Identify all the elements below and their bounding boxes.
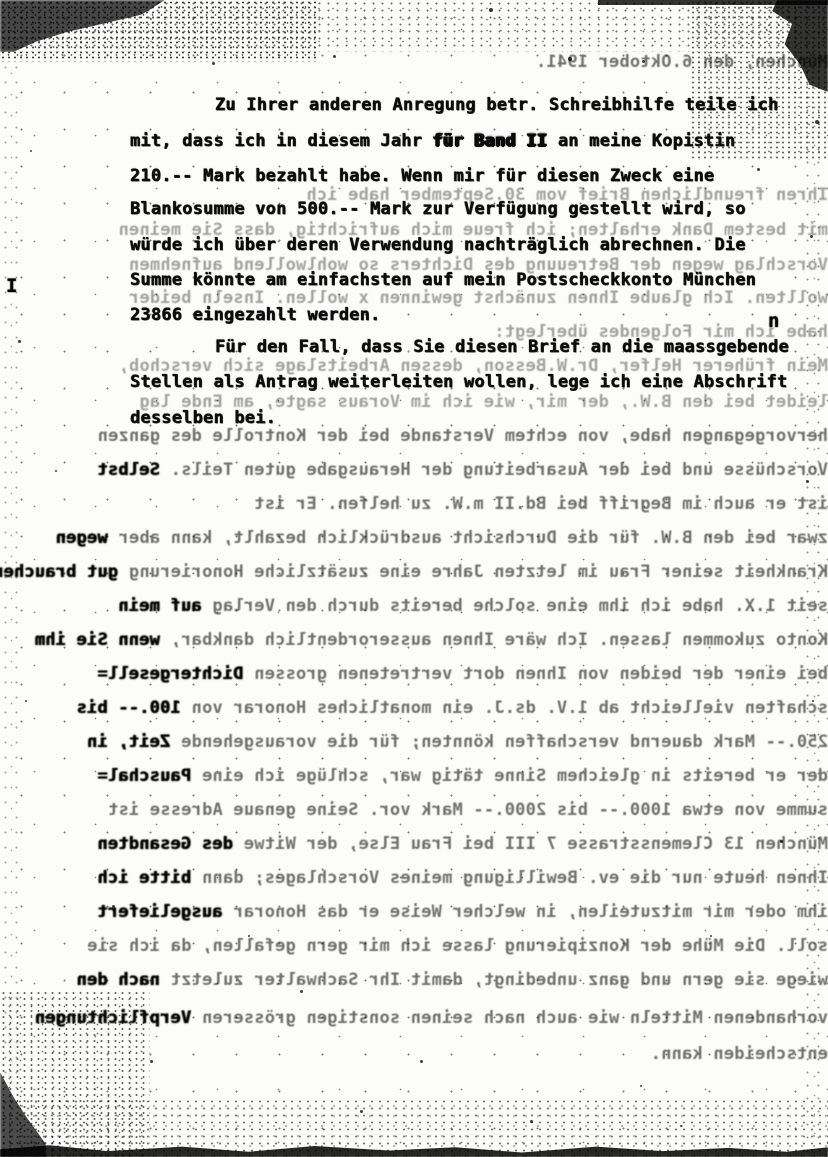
- scan-speck: [530, 1120, 533, 1123]
- scan-speck: [112, 905, 115, 908]
- scan-speck: [333, 55, 336, 58]
- scan-speck: [812, 700, 814, 702]
- bleedthrough-line: seit 1.X. habe ich ihm eine solche berei…: [0, 596, 828, 616]
- scan-speck: [757, 168, 760, 171]
- scan-noise-left-edge: [0, 60, 22, 1120]
- bleedthrough-line: Ihnen heute nur die ev. Bewilligung mein…: [0, 868, 828, 888]
- bleedthrough-line: hervorgegangen habe, von echtem Verstand…: [0, 426, 828, 446]
- stray-ink-character: I: [6, 277, 17, 296]
- typed-line: 23866 eingezahlt werden.: [130, 305, 380, 325]
- typed-line: Zu Ihrer anderen Anregung betr. Schreibh…: [215, 95, 778, 115]
- bleedthrough-line: wollten. Ich glaube Ihnen zunächst gewin…: [0, 288, 828, 308]
- scan-speck: [710, 935, 712, 937]
- scan-speck: [815, 120, 819, 124]
- bleedthrough-line: zwar bei den B.W. für die Durchsicht aus…: [0, 528, 828, 548]
- scan-speck: [568, 57, 572, 61]
- overstruck-text: für Band II: [433, 131, 548, 151]
- bleedthrough-line: summe von etwa 1000.-- bis 2000.-- Mark …: [0, 800, 828, 820]
- scan-speck: [150, 1060, 153, 1063]
- bleedthrough-dark-word: ausgeliefert: [98, 902, 223, 922]
- scan-speck: [25, 700, 27, 702]
- scan-speck: [248, 935, 250, 937]
- bleedthrough-line: leidet bei den B.W., der mir, wie ich im…: [0, 392, 828, 412]
- typed-line: würde ich über deren Verwendung nachträg…: [130, 235, 746, 255]
- scan-blot-top-right: [766, 0, 828, 92]
- bleedthrough-line: bei einer der beiden von Ihnen dort vert…: [0, 664, 828, 684]
- scan-speck: [212, 62, 215, 65]
- bleedthrough-line: schaften vielleicht ab 1.V. ds.J. ein mo…: [0, 698, 828, 718]
- bleedthrough-dark-word: wenn Sie ihm: [35, 630, 160, 650]
- bleedthrough-date-line: München, den 6.Oktober 1941.: [0, 52, 828, 72]
- bleedthrough-line: ist er auch im Begriff bei Bd.II m.W. zu…: [0, 494, 828, 514]
- scan-speck: [360, 1110, 363, 1113]
- scan-speck: [55, 470, 57, 472]
- bleedthrough-dark-word: 100.-- bis: [77, 698, 181, 718]
- bleedthrough-dark-word: Selbst: [98, 460, 161, 480]
- scan-speck: [810, 235, 813, 238]
- bleedthrough-dark-word: wegen: [56, 528, 108, 548]
- bleedthrough-dark-word: des Gesandten: [98, 834, 234, 854]
- scan-speck: [489, 8, 493, 12]
- bleedthrough-line: 250.-- Mark dauernd verschaffen könnten;…: [0, 732, 828, 752]
- scan-speck: [642, 60, 645, 63]
- bleedthrough-line: Vorschüsse und bei der Ausarbeitung der …: [0, 460, 828, 480]
- bleedthrough-line: Konto zukommen lassen. Ich wäre Ihnen au…: [0, 630, 828, 650]
- bleedthrough-dark-word: Pauschal=: [98, 766, 192, 786]
- bleedthrough-line: entscheiden kann.: [0, 1044, 828, 1064]
- bleedthrough-line: der er bereits in gleichem Sinne tätig w…: [0, 766, 828, 786]
- bleedthrough-dark-word: gut brauchen.: [0, 562, 118, 582]
- typed-line: 210.-- Mark bezahlt habe. Wenn mir für d…: [130, 166, 714, 186]
- scan-speck: [30, 150, 32, 152]
- scan-edge-line-bottom: [0, 1144, 828, 1157]
- typed-line: desselben bei.: [130, 408, 276, 428]
- bleedthrough-dark-word: Verpflichtungen: [35, 1008, 192, 1028]
- bleedthrough-line: soll. Die Mühe der Konzipierung lasse ic…: [0, 936, 828, 956]
- scan-speck: [680, 1125, 682, 1127]
- bleedthrough-dark-word: bitte ich: [98, 868, 192, 888]
- bleedthrough-line: Krankheit seiner Frau im letzten Jahre e…: [0, 562, 828, 582]
- scan-speck: [420, 1060, 423, 1063]
- typed-line: Stellen als Antrag weiterleiten wollen, …: [130, 372, 787, 392]
- scan-blot-bottom-left: [0, 1072, 46, 1157]
- scan-noise-bottom-band: [0, 1098, 828, 1157]
- typed-line: mit, dass ich in diesem Jahr für Band II…: [130, 131, 735, 151]
- typed-line: Summe könnte am einfachsten auf mein Pos…: [130, 270, 756, 290]
- scan-speck: [300, 990, 303, 993]
- bleedthrough-dark-word: nach den: [77, 970, 160, 990]
- scan-speck: [18, 340, 21, 343]
- letter-scan-page: München, den 6.Oktober 1941.Ihren freund…: [0, 0, 828, 1157]
- scan-blot-top-left: [0, 0, 165, 52]
- bleedthrough-line: ihm oder mir mitzuteilen, in welcher Wei…: [0, 902, 828, 922]
- scan-speck: [780, 840, 783, 843]
- bleedthrough-line: München 13 Clemensstrasse 7 III bei Frau…: [0, 834, 828, 854]
- scan-speck: [640, 1085, 642, 1087]
- bleedthrough-line: wiege sie gern und ganz unbedingt, damit…: [0, 970, 828, 990]
- typed-line: Blankosumme von 500.-- Mark zur Verfügun…: [130, 199, 746, 219]
- bleedthrough-dark-word: auf mein: [118, 596, 201, 616]
- typed-line: Für den Fall, dass Sie diesen Brief an d…: [215, 337, 789, 357]
- stray-ink-character: n: [768, 312, 779, 331]
- bleedthrough-dark-word: Dichtergesell=: [98, 664, 244, 684]
- scan-speck: [806, 480, 809, 483]
- bleedthrough-dark-word: Zeit, in: [87, 732, 170, 752]
- bleedthrough-line: vorhandenen Mitteln wie auch nach seinen…: [0, 1008, 828, 1028]
